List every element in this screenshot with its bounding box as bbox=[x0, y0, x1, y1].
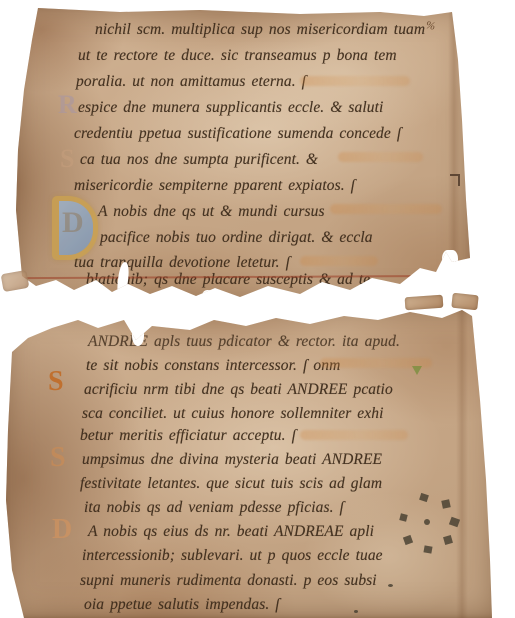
manuscript-line: ca tua nos dne sumpta purificent. & bbox=[80, 152, 318, 168]
faded-initial-R: R bbox=[58, 92, 77, 118]
faded-rubric-streak bbox=[300, 256, 378, 266]
manuscript-line: betur meritis efficiatur acceptu. ſ bbox=[80, 428, 296, 444]
manuscript-line: ita nobis qs ad veniam pdesse pficias. ſ bbox=[84, 500, 344, 516]
ink-speck bbox=[354, 610, 358, 613]
lower-parchment-fragment: ANDREE apls tuus pdicator & rector. ita … bbox=[4, 308, 496, 618]
manuscript-line: umpsimus dne divina mysteria beati ANDRE… bbox=[82, 452, 382, 468]
doodle-dot bbox=[419, 493, 429, 502]
manuscript-line: intercessionib; sublevari. ut p quos ecc… bbox=[82, 548, 383, 564]
orange-initial-S: S bbox=[48, 368, 64, 396]
manuscript-line: festivitate letantes. que sicut tuis sci… bbox=[80, 476, 382, 492]
doodle-dot-center bbox=[424, 519, 430, 525]
manuscript-line: pacifice nobis tuo ordine dirigat. & ecc… bbox=[100, 230, 373, 246]
manuscript-line: espice dne munera supplicantis eccle. & … bbox=[78, 100, 383, 116]
manuscript-line: A nobis dne qs ut & mundi cursus bbox=[98, 204, 325, 220]
manuscript-line: misericordie sempiterne pparent expiatos… bbox=[74, 178, 355, 194]
parchment-sliver bbox=[451, 293, 478, 311]
illuminated-initial-D-letter: D bbox=[62, 208, 84, 238]
parchment-sliver bbox=[1, 270, 30, 292]
faded-initial-S: S bbox=[60, 146, 74, 172]
manuscript-line: A nobis qs eius ds nr. beati ANDREAE apl… bbox=[88, 524, 374, 540]
ink-mark bbox=[450, 174, 460, 186]
doodle-dot bbox=[443, 535, 453, 545]
doodle-dot bbox=[441, 499, 450, 508]
manuscript-photo: nichil scm. multiplica sup nos misericor… bbox=[0, 0, 515, 618]
manuscript-line: acrificiu nrm tibi dne qs beati ANDREE p… bbox=[84, 382, 393, 398]
faded-orange-initial-D: D bbox=[52, 516, 72, 544]
manuscript-line: nichil scm. multiplica sup nos misericor… bbox=[95, 22, 425, 38]
upper-parchment-fragment: nichil scm. multiplica sup nos misericor… bbox=[14, 6, 472, 304]
dot-circle-doodle bbox=[398, 492, 458, 556]
manuscript-line: tua tranquilla devotione letetur. ſ bbox=[74, 255, 290, 271]
green-pigment-mark bbox=[412, 366, 422, 375]
parchment-hole bbox=[442, 250, 458, 274]
manuscript-line: sca conciliet. ut cuius honore sollemnit… bbox=[82, 406, 384, 422]
manuscript-line: poralia. ut non amittamus eterna. ſ bbox=[76, 74, 306, 90]
quire-mark: % bbox=[425, 19, 436, 32]
parchment-sliver bbox=[405, 295, 444, 311]
parchment-hole bbox=[202, 290, 216, 304]
faded-rubric-streak bbox=[300, 430, 408, 440]
faded-rubric-streak bbox=[300, 76, 410, 86]
doodle-dot bbox=[403, 535, 413, 545]
parchment-fold-line bbox=[456, 308, 468, 618]
doodle-dot bbox=[423, 545, 432, 553]
manuscript-line: te sit nobis constans intercessor. ſ onm bbox=[86, 358, 340, 374]
manuscript-line: ut te rectore te duce. sic transeamus p … bbox=[78, 48, 397, 64]
ink-speck bbox=[388, 584, 393, 587]
parchment-tear bbox=[132, 326, 144, 346]
faded-orange-initial-S: S bbox=[50, 444, 66, 472]
manuscript-line: oia ppetue salutis impendas. ſ bbox=[84, 597, 280, 613]
manuscript-line: supni muneris rudimenta donasti. p eos s… bbox=[80, 573, 377, 589]
manuscript-line: credentiu ppetua sustificatione sumenda … bbox=[74, 126, 401, 142]
doodle-dot bbox=[399, 513, 407, 521]
faded-rubric-streak bbox=[330, 204, 442, 214]
faded-rubric-streak bbox=[338, 152, 423, 162]
